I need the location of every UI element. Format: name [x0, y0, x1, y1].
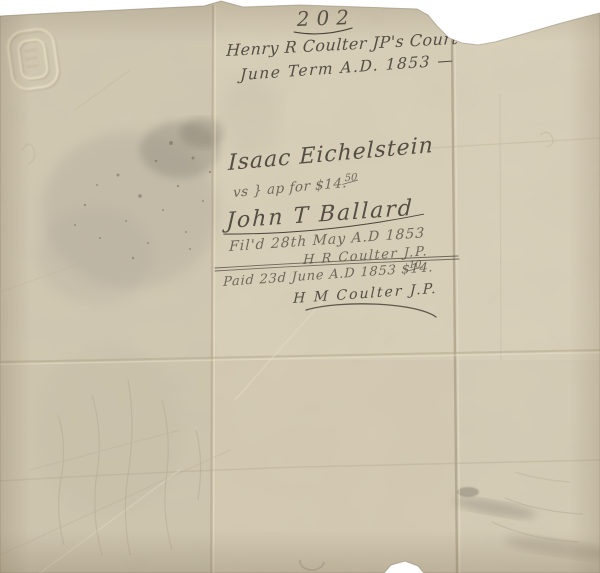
paper-grain [0, 0, 600, 573]
scanned-document: 202 Henry R Coulter JP's Court June Term… [0, 0, 600, 573]
edge-shadow-left [0, 0, 30, 573]
edge-shadow-right [570, 0, 600, 573]
edge-shadow-bottom [0, 531, 600, 573]
document-canvas: 202 Henry R Coulter JP's Court June Term… [0, 0, 600, 573]
versus-amount-superscript: 50 [345, 172, 358, 184]
